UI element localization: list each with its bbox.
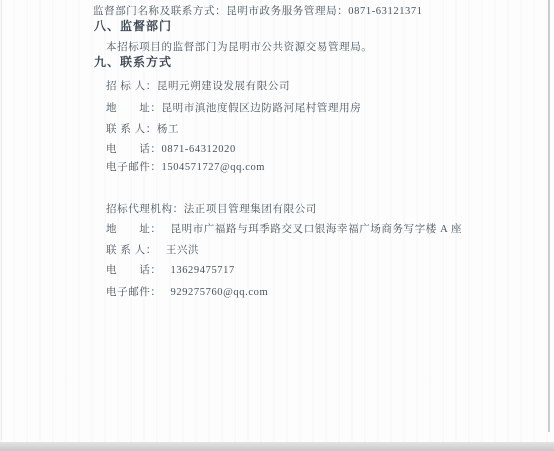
section-9-heading: 九、联系方式 [94, 56, 172, 69]
tenderer-email-line: 电子邮件：1504571727@qq.com [106, 161, 265, 174]
tenderer-phone-line: 电 话：0871-64312020 [106, 143, 236, 156]
document-page: 监督部门名称及联系方式：昆明市政务服务管理局：0871-63121371 八、监… [0, 0, 554, 451]
supervision-contact-line: 监督部门名称及联系方式：昆明市政务服务管理局：0871-63121371 [93, 5, 423, 18]
agency-name-line: 招标代理机构：法正项目管理集团有限公司 [106, 203, 317, 216]
tenderer-address-label: 地 址： [106, 103, 162, 114]
section-8-body: 本招标项目的监督部门为昆明市公共资源交易管理局。 [106, 41, 372, 54]
agency-email-label: 电子邮件： [106, 287, 162, 298]
agency-contact-value: 王兴洪 [157, 245, 199, 256]
tenderer-name-label: 招 标 人： [106, 81, 157, 92]
tenderer-address-value: 昆明市滇池度假区边防路河尾村管理用房 [162, 103, 362, 114]
tenderer-phone-label: 电 话： [106, 144, 162, 155]
tenderer-email-value: 1504571727@qq.com [162, 162, 266, 173]
agency-address-label: 地 址： [106, 224, 162, 235]
tenderer-name-line: 招 标 人：昆明元朔建设发展有限公司 [106, 80, 290, 93]
tenderer-contact-label: 联 系 人： [106, 124, 157, 135]
tenderer-email-label: 电子邮件： [106, 162, 162, 173]
tenderer-contact-line: 联 系 人：杨工 [106, 123, 179, 136]
agency-phone-label: 电 话： [106, 265, 162, 276]
agency-address-value: 昆明市广福路与珥季路交叉口银海幸福广场商务写字楼 A 座 [162, 224, 463, 235]
agency-contact-line: 联 系 人：王兴洪 [106, 244, 199, 257]
agency-phone-line: 电 话：13629475717 [106, 264, 235, 277]
tenderer-phone-value: 0871-64312020 [162, 144, 236, 155]
agency-email-value: 929275760@qq.com [162, 287, 269, 298]
section-8-heading: 八、监督部门 [94, 20, 172, 33]
tenderer-contact-value: 杨工 [157, 124, 179, 135]
agency-address-line: 地 址：昆明市广福路与珥季路交叉口银海幸福广场商务写字楼 A 座 [106, 223, 462, 236]
page-right-edge [548, 0, 550, 432]
page-left-edge [1, 0, 2, 440]
agency-contact-label: 联 系 人： [106, 245, 157, 256]
tenderer-name-value: 昆明元朔建设发展有限公司 [157, 81, 290, 92]
agency-name-label: 招标代理机构： [106, 204, 184, 215]
agency-name-value: 法正项目管理集团有限公司 [184, 204, 317, 215]
page-bottom-edge [0, 442, 554, 451]
agency-email-line: 电子邮件：929275760@qq.com [106, 286, 268, 299]
tenderer-address-line: 地 址：昆明市滇池度假区边防路河尾村管理用房 [106, 102, 361, 115]
agency-phone-value: 13629475717 [162, 265, 235, 276]
